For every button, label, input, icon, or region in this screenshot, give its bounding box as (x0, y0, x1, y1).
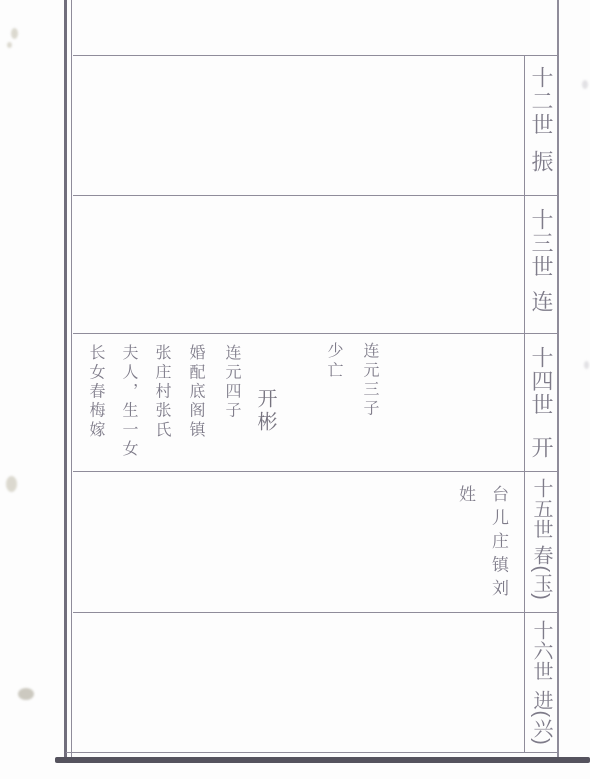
left-border-outer (64, 0, 67, 757)
note-died-young: 少亡 (322, 342, 344, 380)
generation-name: 春(玉) (530, 545, 552, 600)
scan-smudge (584, 361, 589, 369)
scan-smudge (18, 688, 34, 700)
generation-label-16: 十六世进(兴) (524, 620, 558, 745)
note-taierzhuang-liu: 台儿庄镇刘 (486, 485, 510, 603)
generation-name: 进(兴) (530, 690, 552, 745)
name-kaibin: 开彬 (252, 388, 278, 434)
row-divider-14-15 (73, 471, 558, 472)
generation-label-14: 十四世开 (524, 346, 558, 459)
note-wife-one-daughter: 夫人，生一女 (117, 344, 139, 459)
generation-title: 十四世 (529, 346, 554, 417)
note-zhangzhuang-zhang-clan: 张庄村张氏 (150, 344, 172, 440)
generation-name: 连 (529, 290, 554, 314)
generation-label-15: 十五世春(玉) (524, 478, 558, 600)
note-eldest-daughter-chunmei: 长女春梅嫁 (84, 344, 106, 440)
scan-smudge (582, 80, 588, 89)
scan-edge-shadow (55, 757, 590, 763)
note-fourth-son-of-lianyuan: 连元四子 (220, 344, 242, 421)
generation-name: 开 (529, 436, 554, 460)
scan-smudge (11, 28, 18, 39)
generation-title: 十六世 (530, 620, 552, 682)
row-divider-12-13 (73, 195, 558, 196)
scan-smudge (7, 42, 12, 48)
note-marriage-digezhen: 婚配底阁镇 (184, 344, 206, 440)
generation-name: 振 (529, 150, 554, 174)
page-bottom-line (66, 752, 558, 753)
generation-title: 十二世 (529, 66, 554, 137)
note-third-son-of-lianyuan: 连元三子 (358, 342, 380, 419)
row-divider-top (73, 55, 558, 56)
left-border-inner (71, 0, 72, 757)
generation-title: 十五世 (530, 478, 552, 540)
row-divider-13-14 (73, 333, 558, 334)
generation-label-13: 十三世连 (524, 208, 558, 313)
scan-smudge (6, 476, 17, 492)
genealogy-page: 十二世振 十三世连 十四世开 十五世春(玉) 十六世进(兴) 连元三子 少亡 开… (0, 0, 590, 779)
note-surname: 姓 (453, 485, 477, 509)
row-divider-15-16 (73, 612, 558, 613)
generation-title: 十三世 (529, 208, 554, 279)
generation-label-12: 十二世振 (524, 66, 558, 173)
